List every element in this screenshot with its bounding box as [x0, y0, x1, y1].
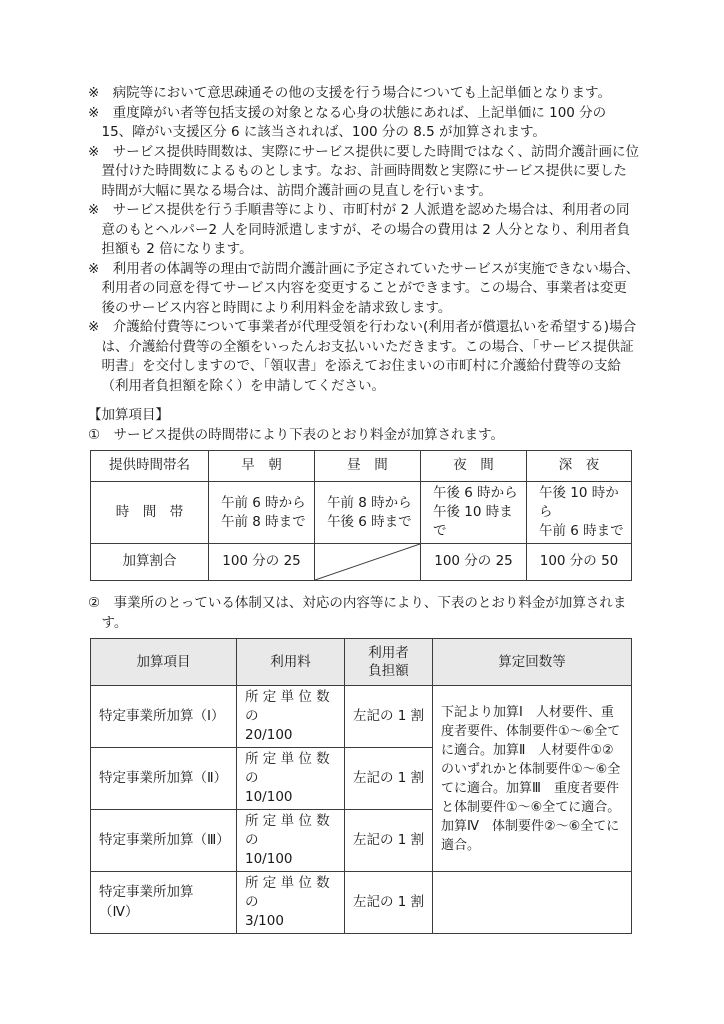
header-usage-fee: 利用料: [237, 639, 345, 686]
header-addition-item: 加算項目: [91, 639, 237, 686]
addition-row-1: 特定事業所加算（Ⅰ） 所 定 単 位 数 の 20/100 左記の 1 割 下記…: [91, 686, 632, 748]
spacer: [88, 581, 640, 594]
fee-1: 所 定 単 位 数 の 20/100: [237, 686, 345, 748]
header-evening: 夜 間: [421, 451, 527, 482]
header-daytime: 昼 間: [315, 451, 421, 482]
note-two-helper-dispatch: ※ サービス提供を行う手順書等により、市町村が 2 人派遣を認めた場合は、利用者…: [88, 201, 640, 260]
time-range-daytime: 午前 8 時から 午後 6 時まで: [315, 482, 421, 544]
ratio-evening: 100 分の 25: [421, 544, 527, 581]
note-service-hours: ※ サービス提供時間数は、実際にサービス提供に要した時間ではなく、訪問介護計画に…: [88, 143, 640, 202]
note-hospital-rate: ※ 病院等において意思疎通その他の支援を行う場合についても上記単価となります。: [88, 84, 640, 104]
fee-3: 所 定 単 位 数 の 10/100: [237, 810, 345, 872]
time-range-early-morning: 午前 6 時から 午前 8 時まで: [209, 482, 315, 544]
specified-office-addition-table: 加算項目 利用料 利用者 負担額 算定回数等 特定事業所加算（Ⅰ） 所 定 単 …: [90, 638, 632, 934]
calculation-criteria-text: 下記より加算Ⅰ 人材要件、重度者要件、体制要件①～⑥全てに適合。加算Ⅱ 人材要件…: [433, 686, 632, 872]
time-band-header-row: 提供時間帯名 早 朝 昼 間 夜 間 深 夜: [91, 451, 632, 482]
section-heading-addition-items: 【加算項目】: [88, 406, 640, 426]
time-band-addition-table: 提供時間帯名 早 朝 昼 間 夜 間 深 夜 時 間 帯 午前 6 時から 午前…: [90, 450, 632, 581]
numbered-item-1: ① サービス提供の時間帯により下表のとおり料金が加算されます。: [88, 426, 640, 446]
fee-2: 所 定 単 位 数 の 10/100: [237, 748, 345, 810]
note-severe-disability-addition: ※ 重度障がい者等包括支援の対象となる心身の状態にあれば、上記単価に 100 分…: [88, 104, 640, 143]
burden-2: 左記の 1 割: [345, 748, 433, 810]
time-range-late-night: 午後 10 時から 午前 6 時まで: [527, 482, 632, 544]
addition-item-3: 特定事業所加算（Ⅲ）: [91, 810, 237, 872]
time-range-evening: 午後 6 時から 午後 10 時まで: [421, 482, 527, 544]
header-user-burden: 利用者 負担額: [345, 639, 433, 686]
addition-item-1: 特定事業所加算（Ⅰ）: [91, 686, 237, 748]
addition-ratio-row-label: 加算割合: [91, 544, 209, 581]
burden-1: 左記の 1 割: [345, 686, 433, 748]
fee-4: 所 定 単 位 数 の 3/100: [237, 872, 345, 934]
addition-row-4: 特定事業所加算 （Ⅳ） 所 定 単 位 数 の 3/100 左記の 1 割: [91, 872, 632, 934]
ratio-late-night: 100 分の 50: [527, 544, 632, 581]
diagonal-slash: [315, 544, 420, 580]
time-range-row: 時 間 帯 午前 6 時から 午前 8 時まで 午前 8 時から 午後 6 時ま…: [91, 482, 632, 544]
criteria-empty-cell: [433, 872, 632, 934]
header-early-morning: 早 朝: [209, 451, 315, 482]
note-service-change: ※ 利用者の体調等の理由で訪問介護計画に予定されていたサービスが実施できない場合…: [88, 260, 640, 319]
header-late-night: 深 夜: [527, 451, 632, 482]
time-range-row-label: 時 間 帯: [91, 482, 209, 544]
note-reimbursement: ※ 介護給付費等について事業者が代理受領を行わない(利用者が償還払いを希望する)…: [88, 318, 640, 396]
burden-3: 左記の 1 割: [345, 810, 433, 872]
document-page: ※ 病院等において意思疎通その他の支援を行う場合についても上記単価となります。 …: [88, 84, 640, 934]
addition-item-2: 特定事業所加算（Ⅱ）: [91, 748, 237, 810]
burden-4: 左記の 1 割: [345, 872, 433, 934]
header-time-band-name: 提供時間帯名: [91, 451, 209, 482]
header-calculation-count: 算定回数等: [433, 639, 632, 686]
ratio-early-morning: 100 分の 25: [209, 544, 315, 581]
addition-ratio-row: 加算割合 100 分の 25 100 分の 25 100 分の 50: [91, 544, 632, 581]
addition-item-4: 特定事業所加算 （Ⅳ）: [91, 872, 237, 934]
ratio-daytime-na: [315, 544, 421, 581]
numbered-item-2: ② 事業所のとっている体制又は、対応の内容等により、下表のとおり料金が加算されま…: [88, 594, 640, 633]
addition-table-header-row: 加算項目 利用料 利用者 負担額 算定回数等: [91, 639, 632, 686]
